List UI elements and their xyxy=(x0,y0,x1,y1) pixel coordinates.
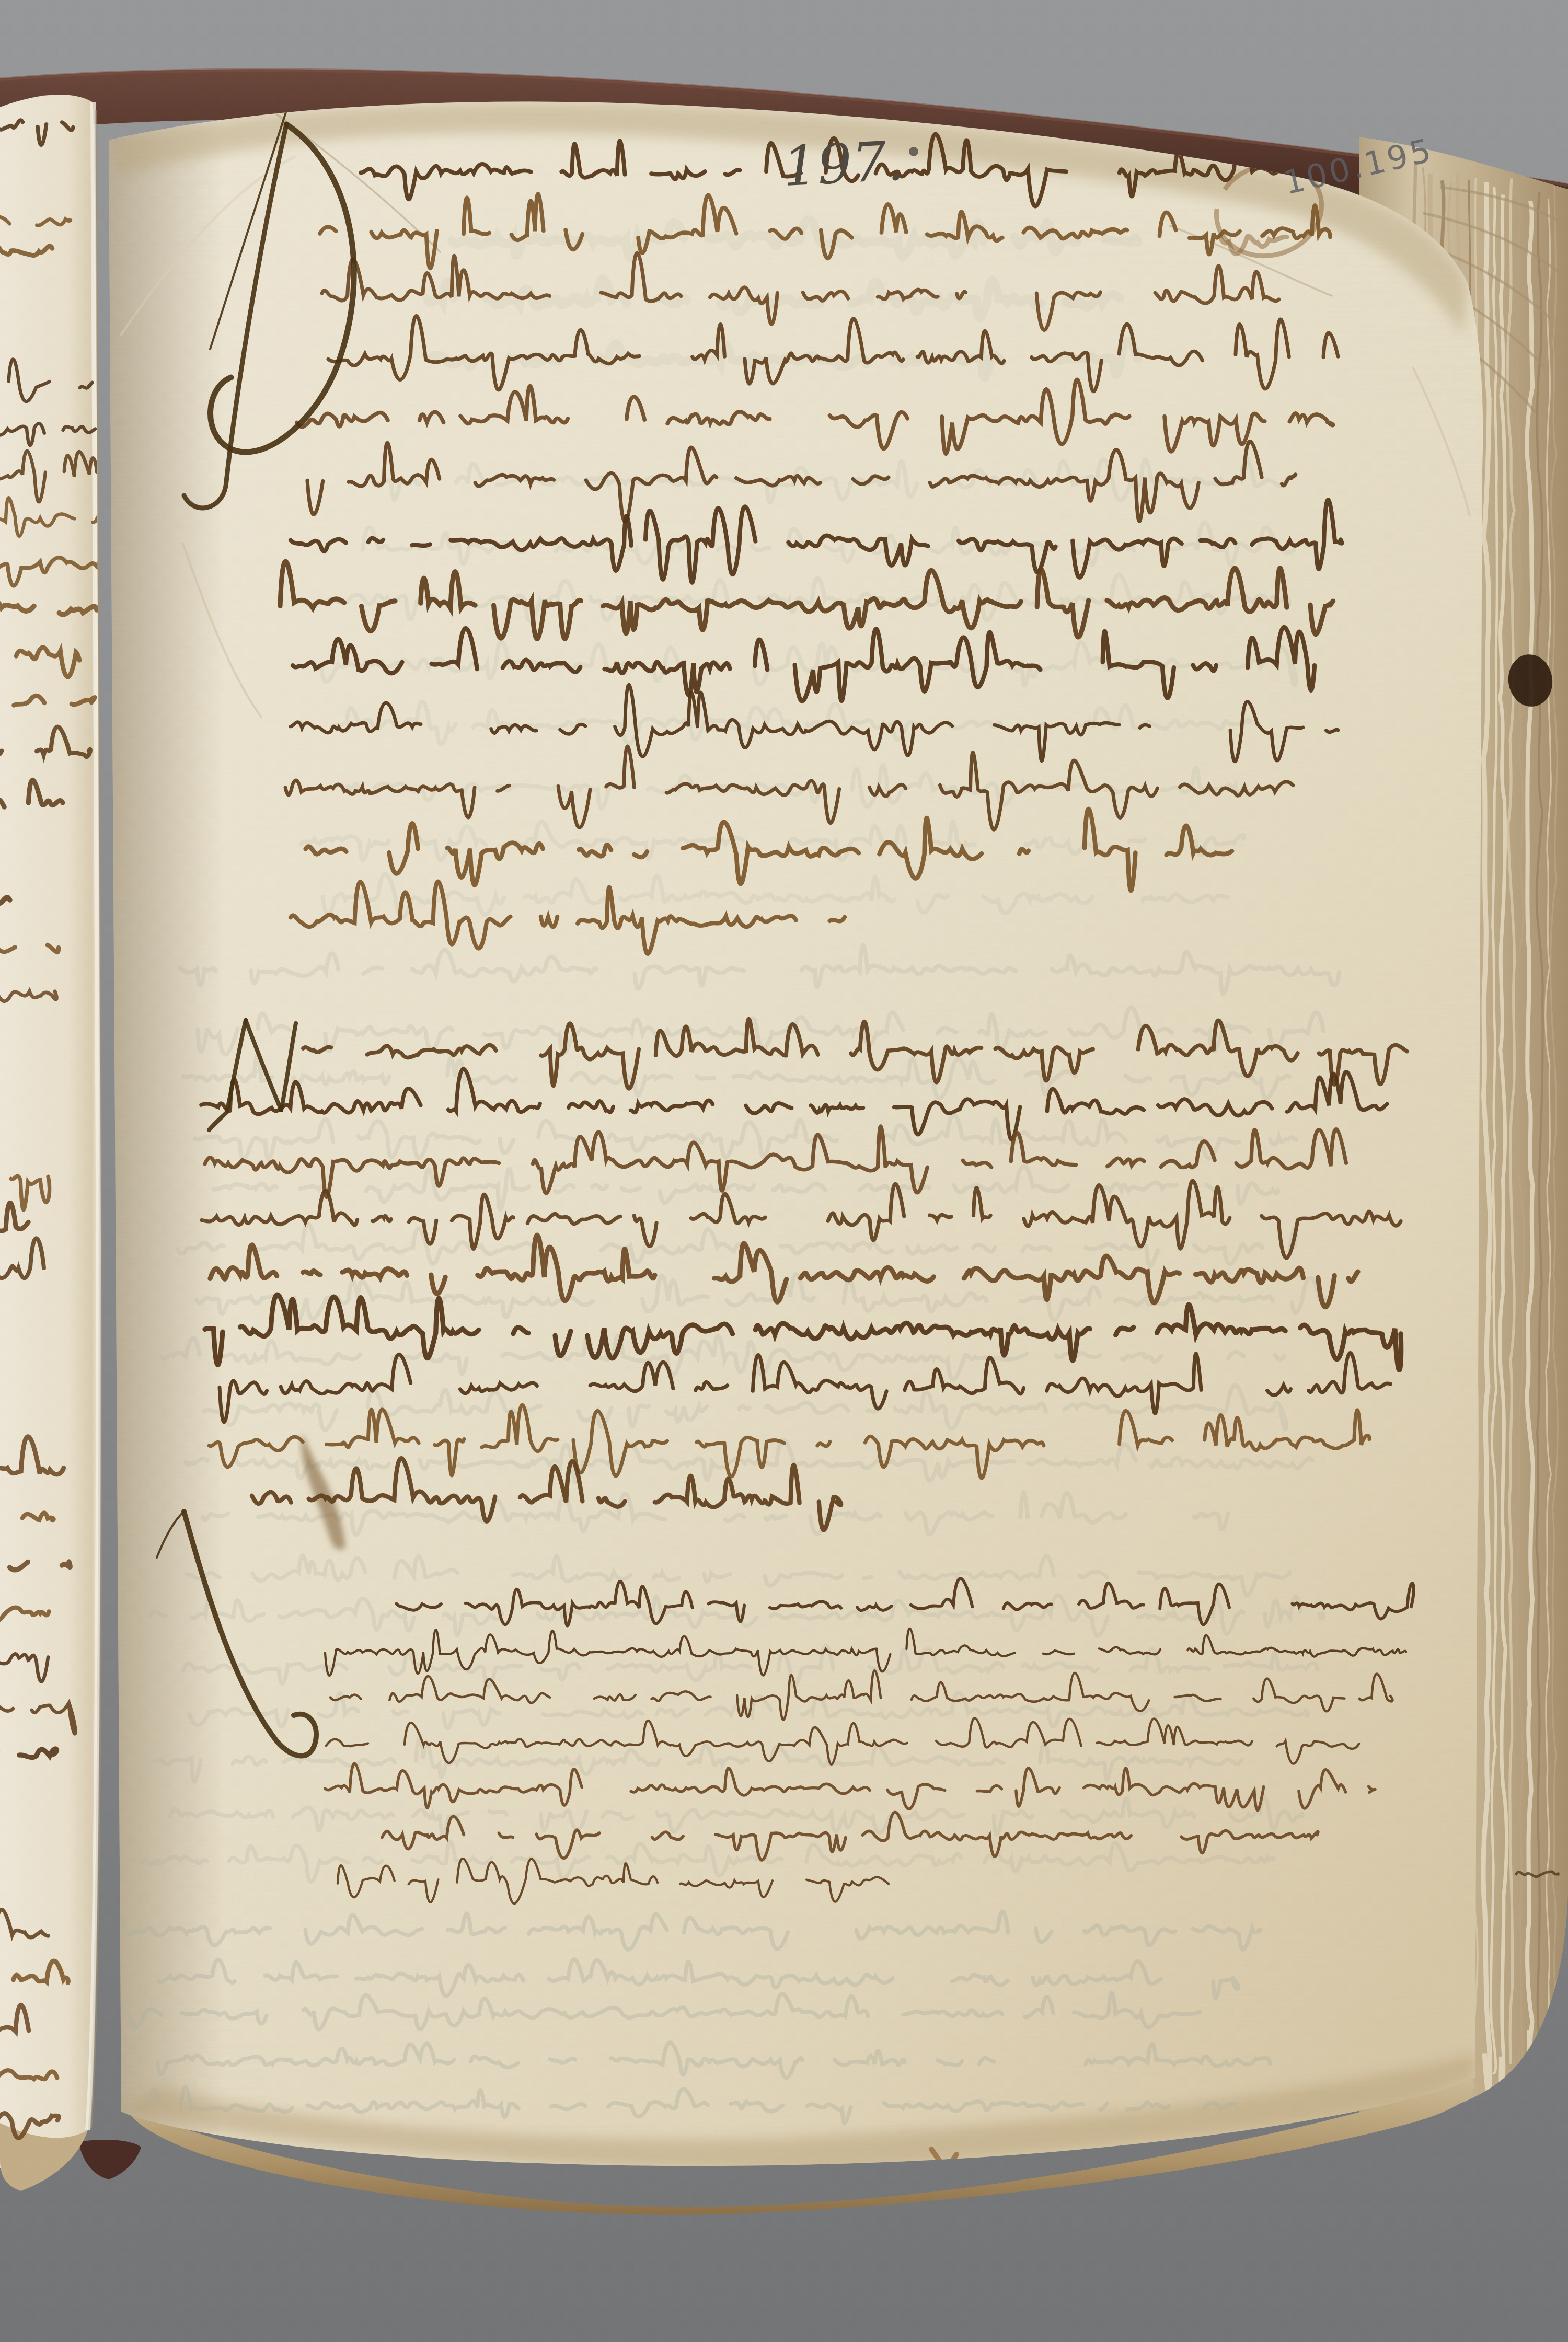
manuscript-photo: 197. 100.195 xyxy=(0,0,1568,2342)
photo-grain xyxy=(0,0,1568,2342)
